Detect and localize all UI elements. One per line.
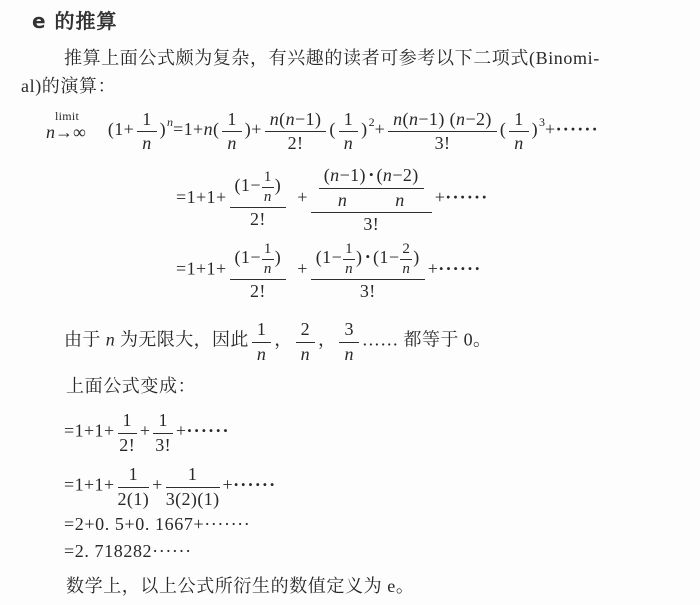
math-run: (1− [316,247,342,267]
math-run: 1 [264,241,272,257]
fraction: 3n [339,320,358,365]
math-run: 3(2)(1) [166,489,220,509]
math-run: n [106,329,115,349]
limit-subscript: n→∞ [46,122,86,143]
math-run: ) [275,247,281,267]
math-run: n [227,133,236,153]
fraction-numerator: 1 [118,411,137,434]
fraction: 2n [400,241,412,277]
math-run: 2! [119,435,135,455]
math-run: n [257,344,266,364]
fraction: 12! [118,411,137,456]
fraction-denominator: 3! [153,434,172,456]
fraction-denominator: n [252,343,271,365]
fraction-denominator: n [296,343,315,365]
math-run: 1 [142,109,151,129]
math-run: n [142,133,151,153]
fraction-numerator: 3 [339,320,358,343]
math-run: 3 [344,319,353,339]
fraction-numerator: (n−1)•(n−2) [319,166,424,189]
text-run: ， [318,329,336,349]
math-variable: n [344,133,353,153]
math-run: 2 [301,319,310,339]
math-run: + [428,259,439,279]
fraction-numerator: 1 [118,465,150,488]
math-run: 2! [250,281,266,301]
math-variable: n [383,165,392,185]
math-run: 1 [257,319,266,339]
math-run: =1+1+ [176,187,227,207]
math-run: (n−1) [324,165,366,185]
math-variable: n [345,261,353,277]
math-run: (n−2) [377,165,419,185]
math-run: ( [500,119,506,139]
math-run: =1+1+ [64,420,115,440]
fraction-numerator: (1−1n) [230,241,287,280]
math-run: =1+n( [173,119,219,139]
text-run: …… 都等于 0。 [362,329,492,349]
scanned-book-page: e 的推算 推算上面公式颇为复杂，有兴趣的读者可参考以下二项式(Binomi- … [0,0,700,605]
math-variable: n [270,109,279,129]
fraction: 1n [222,110,241,155]
math-variable: n [204,119,213,139]
fraction: (n−1)•(n−2)nn3! [311,165,432,234]
math-run: + [545,119,556,139]
math-run: ) [361,119,367,139]
math-run: ) [413,247,419,267]
fraction-denominator: n [343,260,355,278]
formula-binomial-expansion: limitn→∞(1+1n)n=1+n(1n)+n(n−1)2!(1n)2+n(… [46,106,599,153]
fraction-denominator: 3! [388,132,497,154]
fraction: 13(2)(1) [166,465,220,510]
page-title: e 的推算 [32,5,118,34]
fraction-numerator: 1 [339,110,358,133]
fraction-numerator: 1 [153,411,172,434]
math-variable: n [402,261,410,277]
fraction-numerator: 1 [166,465,220,488]
math-run: )+ [245,119,262,139]
fraction: n(n−1) (n−2)3! [388,110,497,155]
math-variable: n [393,109,402,129]
fraction-denominator: 2! [230,208,287,230]
math-run: + [152,474,163,494]
fraction-denominator: n [339,132,358,154]
fraction: 2n [296,320,315,365]
math-run: 1 [264,169,272,185]
formula-decimal-sum: =2+0. 5+0. 1667+······· [64,514,250,535]
text-run: 为无限大，因此 [115,329,249,349]
fraction-numerator: n(n−1) (n−2) [388,110,497,133]
math-run: n(n−1) (n−2) [393,109,492,129]
math-variable: n [456,109,465,129]
fraction: 1n [509,110,528,155]
math-run: 1 [129,464,138,484]
fraction-numerator: 1 [262,169,274,188]
fraction-denominator: n [400,260,412,278]
ellipsis-dots: ······ [556,119,599,139]
math-variable: n [264,261,272,277]
math-variable: n [344,344,353,364]
fraction: 1n [262,241,274,277]
math-run: 3! [435,133,451,153]
math-run: n [345,261,353,277]
math-variable: n [46,122,55,142]
math-run: 1 [158,410,167,430]
ellipsis-dots: ······ [233,474,276,494]
math-variable: n [330,165,339,185]
fraction: 13! [153,411,172,456]
fraction-denominator: n [262,188,274,206]
fraction-denominator: 3(2)(1) [166,488,220,510]
fraction: 1n [252,320,271,365]
math-run: + [435,187,446,207]
fraction-denominator: 2! [118,434,137,456]
fraction-numerator: 1 [252,320,271,343]
math-run: n [395,190,404,210]
math-run: + [140,420,151,440]
math-run: 1 [188,464,197,484]
becomes-label: 上面公式变成： [66,372,196,398]
math-variable: n [257,344,266,364]
math-run: ) [160,119,166,139]
math-run: (1− [235,175,261,195]
ellipsis-dots: ······ [445,187,488,207]
math-variable: n [409,109,418,129]
math-variable: n [301,344,310,364]
formula-factorials: =1+1+12!+13!+······ [64,410,230,455]
math-run: + [297,187,308,207]
fraction-denominator: 3! [311,213,432,235]
fraction-denominator: n [509,132,528,154]
intro-paragraph-line-1: 推算上面公式颇为复杂，有兴趣的读者可参考以下二项式(Binomi- [64,44,600,70]
fraction-numerator: (1−1n)•(1−2n) [311,241,425,280]
fraction-numerator: 1 [222,110,241,133]
fraction: n(n−1)2! [265,110,327,155]
math-run: n [264,189,272,205]
fraction: 1n [339,110,358,155]
math-run: 3! [360,281,376,301]
limit-notation: limitn→∞ [46,109,86,143]
fraction-numerator: 2 [296,320,315,343]
fraction-denominator: 3! [311,280,425,302]
fraction-denominator: nn [319,189,424,211]
math-run: 3! [155,435,171,455]
math-run: n [264,261,272,277]
math-variable: n [286,109,295,129]
text-run: ， [274,329,292,349]
multiplication-dot-icon: • [365,249,370,264]
ellipsis-dots: ······ [186,420,229,440]
text-run: 由于 [64,329,106,349]
fraction-denominator: n [137,132,156,154]
fraction-numerator: 1 [262,241,274,260]
ellipsis-dots: ······ [438,259,481,279]
intro-paragraph-line-2: al)的演算： [21,72,116,98]
math-run: ) [532,119,538,139]
math-run: n [344,133,353,153]
fraction-numerator: 2 [400,241,412,260]
math-run: ) [275,175,281,195]
math-run: n [402,261,410,277]
math-run: n(n−1) [270,109,322,129]
fraction-numerator: 1 [509,110,528,133]
math-run: 1 [227,109,236,129]
math-run: n [301,344,310,364]
fraction-denominator: 2! [230,280,287,302]
fraction-denominator: n [262,260,274,278]
fraction-numerator: (1−1n) [230,169,287,208]
fraction-numerator: 1 [343,241,355,260]
fraction-denominator: 2! [265,132,327,154]
math-run: 2! [288,133,304,153]
math-run: 1 [345,241,353,257]
math-run: ) [356,247,362,267]
math-run: =1+1+ [176,259,227,279]
math-run: =1+1+ [64,474,115,494]
math-run: 2(1) [118,489,150,509]
math-variable: n [142,133,151,153]
formula-step-2: =1+1+(1−1n)2!+(n−1)•(n−2)nn3!+······ [176,164,488,233]
math-variable: n [395,190,404,210]
fraction: 1n [137,110,156,155]
math-run: ( [329,119,335,139]
fraction: 1n [262,169,274,205]
fraction-denominator: n [339,343,358,365]
math-variable: n [514,133,523,153]
math-run: n [338,190,347,210]
fraction-numerator: 1 [137,110,156,133]
fraction: (1−1n)2! [230,169,287,230]
math-run: (1− [373,247,399,267]
math-run: n [514,133,523,153]
formula-result-value: =2. 718282······ [64,541,192,562]
fraction-numerator: (n−1)•(n−2)nn [311,165,432,213]
fraction: 12(1) [118,465,150,510]
math-run: 2 [402,241,410,257]
math-run: 1 [514,109,523,129]
math-variable: n [106,329,115,349]
math-variable: n [264,189,272,205]
fraction: (1−1n)•(1−2n)3! [311,241,425,302]
math-run: + [176,420,187,440]
math-run: + [297,259,308,279]
math-run: 1 [123,410,132,430]
math-run: 2! [250,209,266,229]
formula-factorials-expanded: =1+1+12(1)+13(2)(1)+······ [64,464,276,509]
math-variable: n [338,190,347,210]
math-run: (1+ [108,119,134,139]
math-run: + [223,474,234,494]
math-variable: n [227,133,236,153]
fraction: (n−1)•(n−2)nn [319,166,424,211]
fraction-denominator: 2(1) [118,488,150,510]
fraction-denominator: n [222,132,241,154]
fraction: (1−1n)2! [230,241,287,302]
math-run: (1− [235,247,261,267]
math-run: 3! [363,214,379,234]
multiplication-dot-icon: • [369,167,374,182]
math-run: n [344,344,353,364]
math-run: + [375,119,386,139]
paragraph-limit-zero: 由于 n 为无限大，因此1n，2n，3n…… 都等于 0。 [64,319,491,364]
math-run: 1 [344,109,353,129]
formula-step-3: =1+1+(1−1n)2!+(1−1n)•(1−2n)3!+······ [176,240,481,301]
fraction-numerator: n(n−1) [265,110,327,133]
closing-sentence: 数学上，以上公式所衍生的数值定义为 e。 [66,572,415,598]
fraction: 1n [343,241,355,277]
